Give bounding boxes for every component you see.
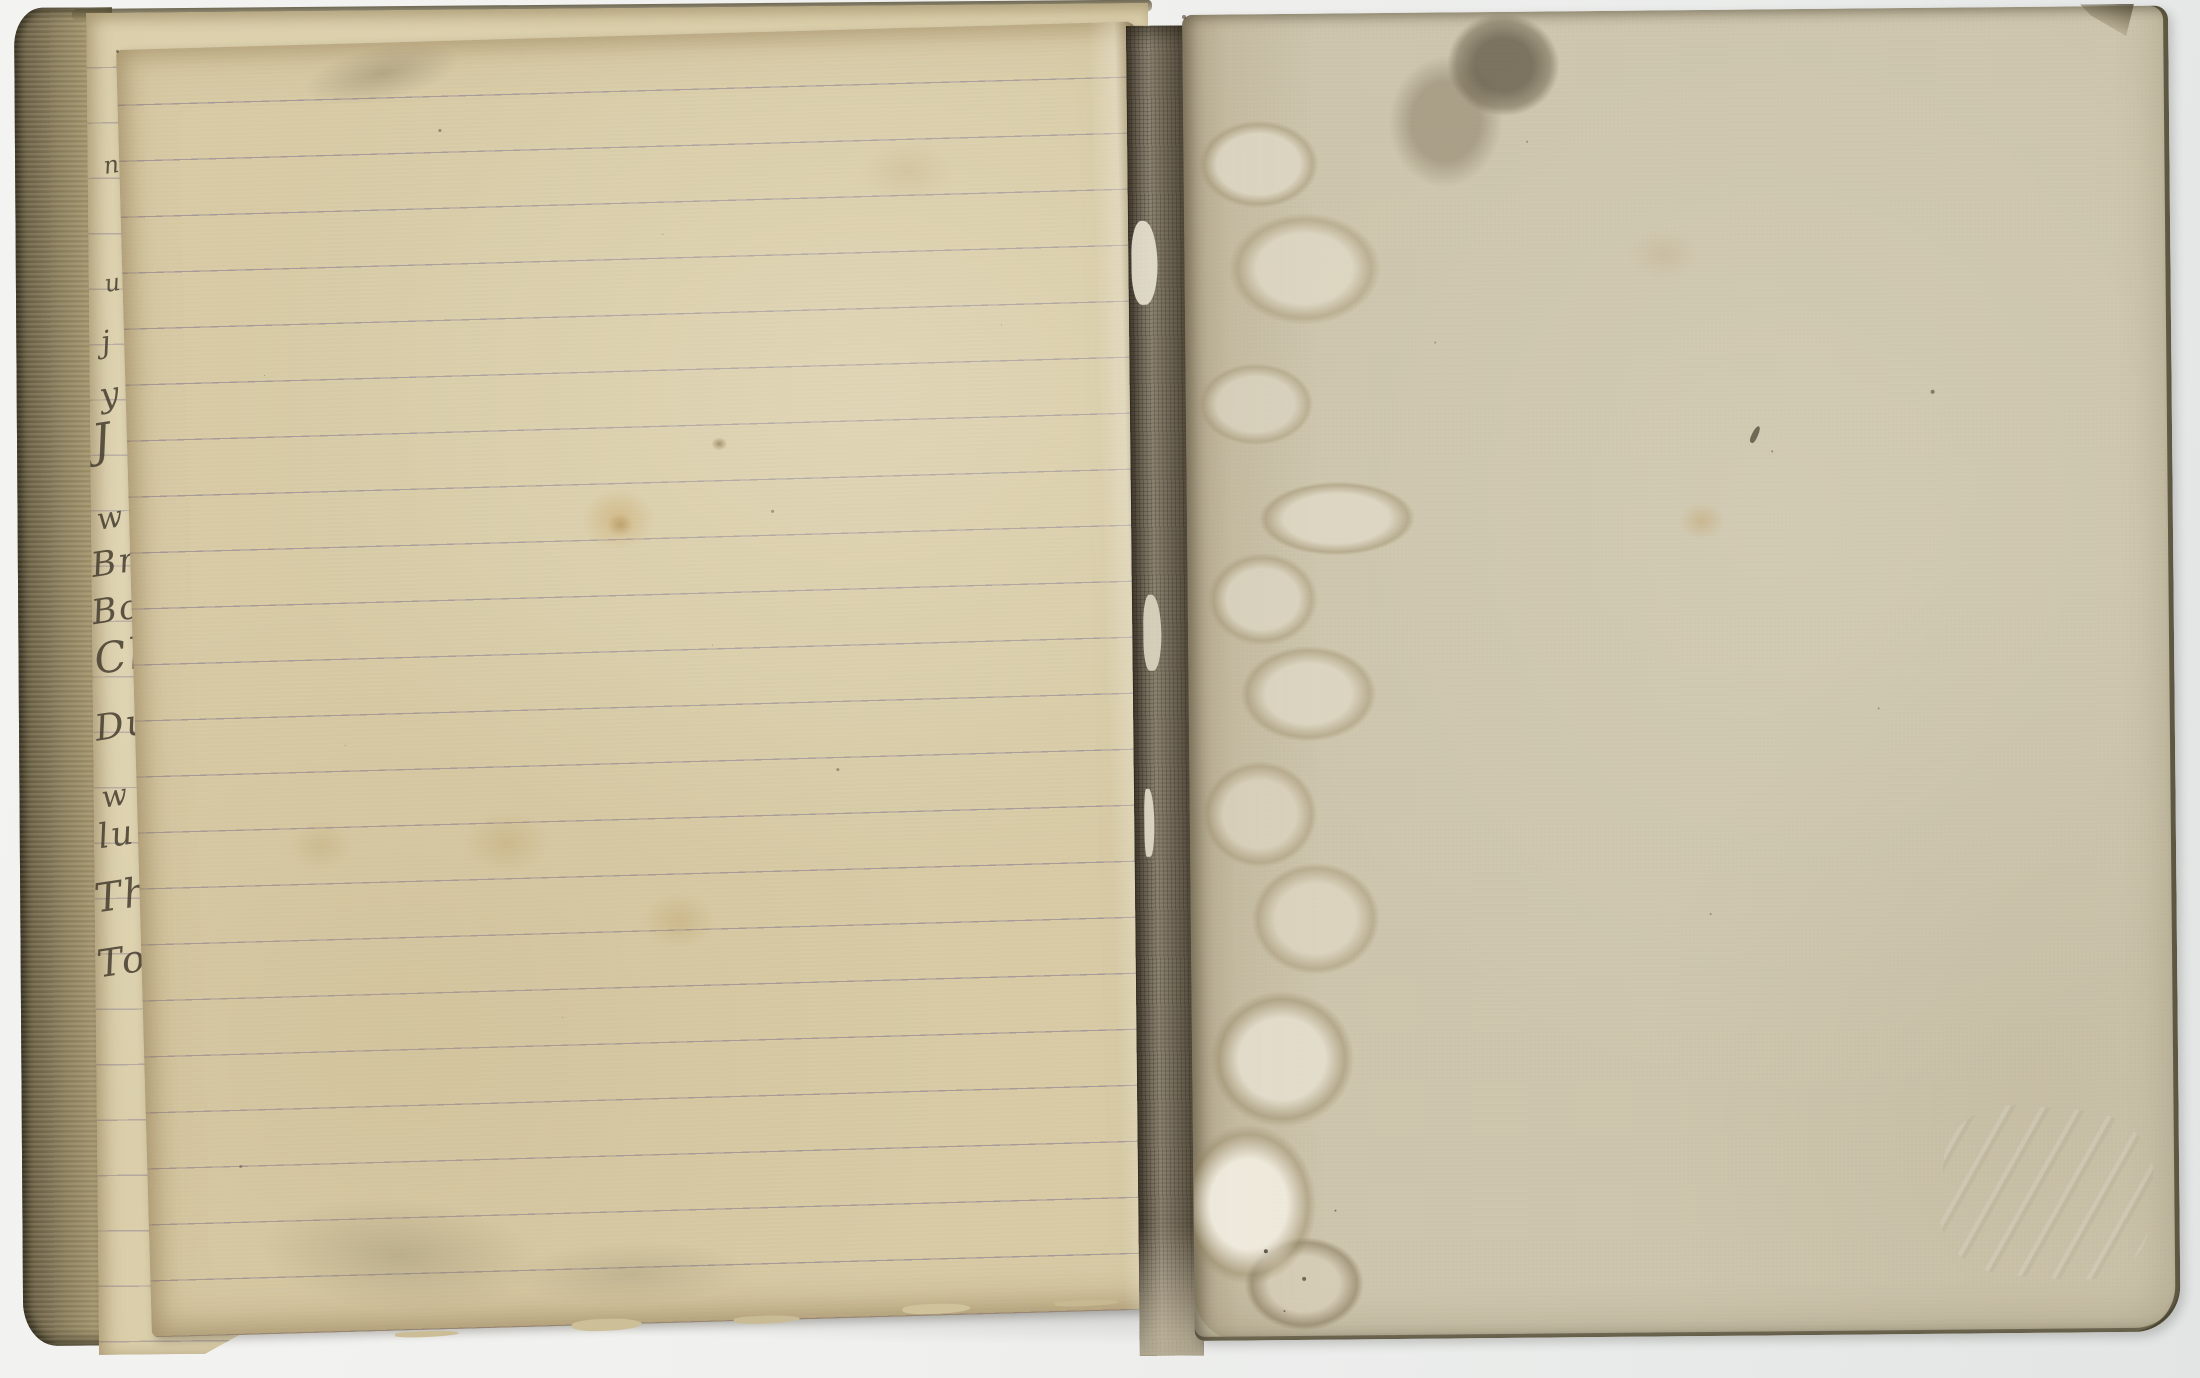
scanned-notebook-spread: nujyJwBrBoChDuwluTheTof bbox=[0, 0, 2200, 1378]
handwriting-fragment: w bbox=[94, 499, 127, 538]
torn-spine-patch bbox=[1131, 221, 1158, 305]
dirt-smudge bbox=[298, 31, 466, 116]
handwriting-fragment: w bbox=[99, 777, 132, 816]
corner-crease bbox=[1935, 1100, 2158, 1286]
water-damage-stains bbox=[1182, 12, 1475, 1341]
foxing-stain bbox=[859, 139, 956, 204]
handwriting-fragment: u bbox=[103, 268, 124, 298]
paper-specks bbox=[116, 50, 119, 53]
foxing-stain bbox=[1679, 502, 1725, 540]
worn-corner-chip bbox=[2080, 4, 2134, 37]
paper-specks bbox=[1182, 15, 1186, 19]
inside-back-cover-page bbox=[1182, 6, 2181, 1341]
foxing-stain bbox=[642, 892, 716, 950]
dark-top-stain bbox=[1369, 0, 1581, 205]
ink-fleck bbox=[711, 437, 727, 450]
foxing-stain bbox=[1626, 228, 1700, 281]
foxing-stain bbox=[463, 810, 549, 874]
handwriting-fragment: J bbox=[88, 412, 116, 468]
left-ruled-page bbox=[116, 22, 1172, 1338]
handwriting-fragment: lu bbox=[95, 812, 137, 857]
debris-specks bbox=[1264, 1249, 1268, 1253]
foxing-stain bbox=[290, 820, 353, 872]
handwriting-fragment: j bbox=[99, 324, 115, 360]
small-ink-mark bbox=[1748, 425, 1761, 444]
handwriting-fragment: y bbox=[97, 373, 124, 416]
